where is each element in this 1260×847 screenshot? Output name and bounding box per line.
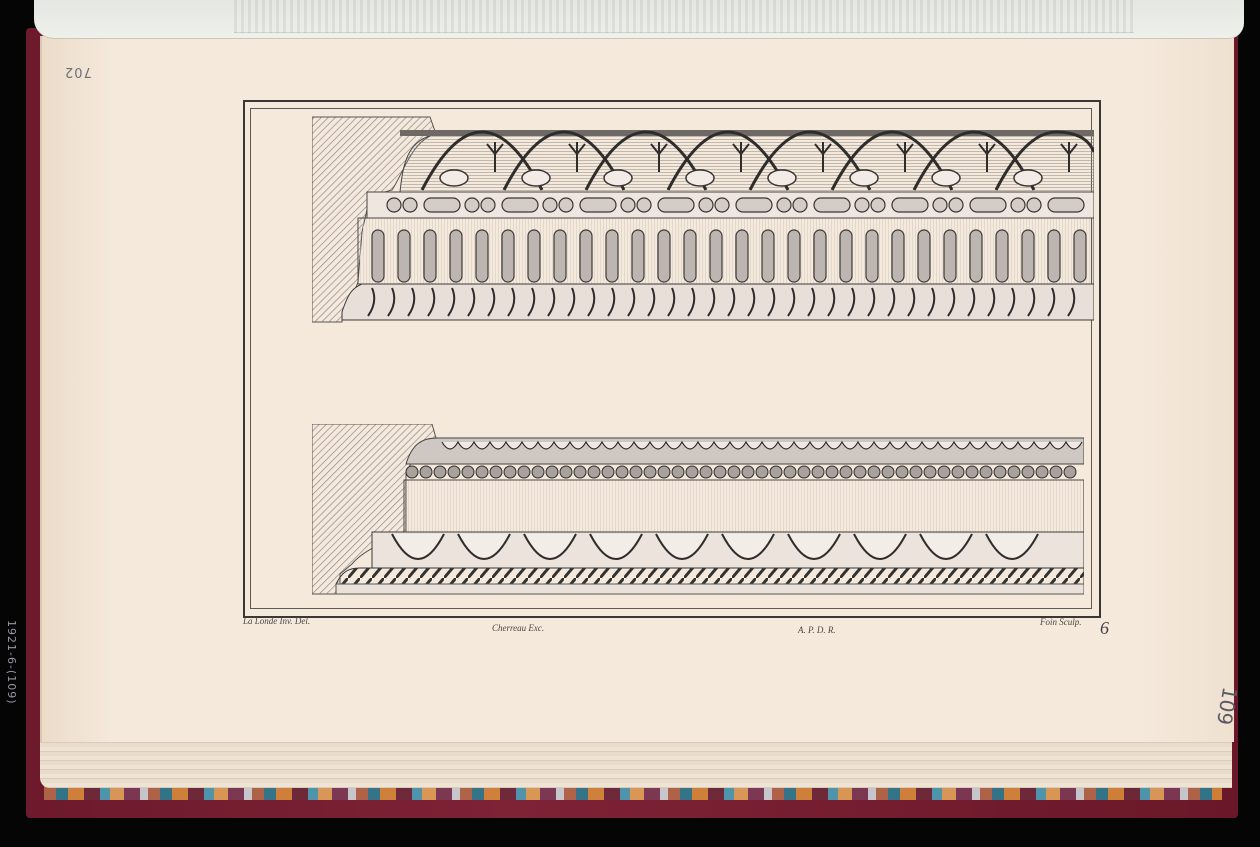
caption-privilege: A. P. D. R. — [798, 625, 836, 635]
caption-publisher: Cherreau Exc. — [492, 623, 544, 633]
folio-number: 702 — [64, 64, 92, 79]
plate-number: 6 — [1100, 618, 1109, 639]
caption-designer: La Londe Inv. Del. — [243, 616, 310, 626]
marbled-endpaper-edge — [44, 786, 1222, 800]
page-edge-stack — [40, 738, 1232, 788]
lower-molding-engraving — [312, 424, 1084, 600]
caption-engraver: Foin Sculp. — [1040, 617, 1082, 627]
turned-page-edge — [34, 0, 1244, 39]
inventory-number: 1921-6-(109) — [5, 620, 18, 740]
upper-molding-engraving — [312, 112, 1094, 324]
